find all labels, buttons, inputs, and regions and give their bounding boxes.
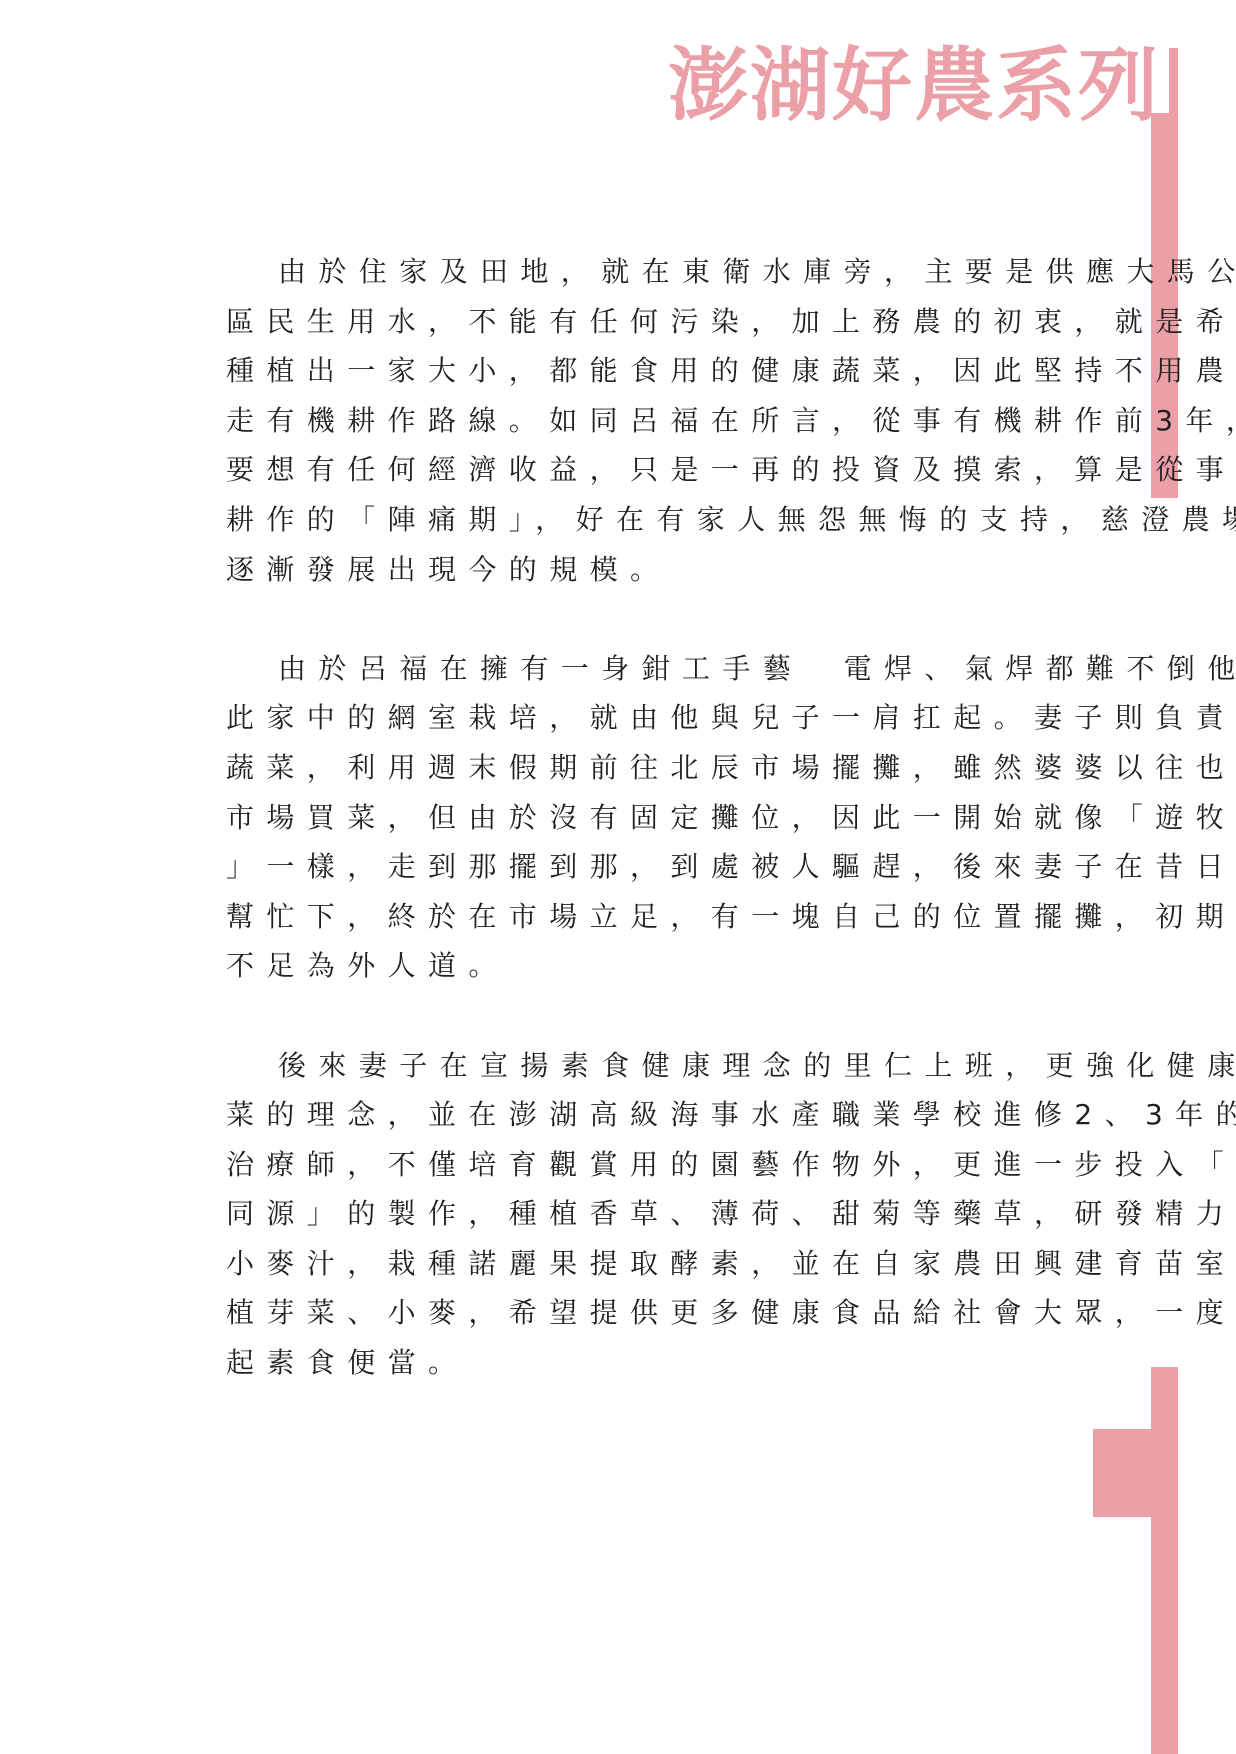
- title-thin-line: [1169, 48, 1178, 114]
- text-line: 蔬菜，利用週末假期前往北辰市場擺攤，雖然婆婆以往也曾在: [226, 743, 1046, 793]
- text-line: 菜的理念，並在澎湖高級海事水產職業學校進修2、3年的園藝: [226, 1090, 1046, 1140]
- text-line: 由於住家及田地，就在東衛水庫旁，主要是供應大馬公地: [226, 247, 1046, 297]
- text-line: 同源」的製作，種植香草、薄荷、甜菊等藥草，研發精力湯、: [226, 1189, 1046, 1239]
- text-line: 後來妻子在宣揚素食健康理念的里仁上班，更強化健康蔬: [226, 1041, 1046, 1091]
- text-line: 不足為外人道。: [226, 941, 1046, 991]
- text-line: 此家中的網室栽培，就由他與兒子一肩扛起。妻子則負責採收: [226, 693, 1046, 743]
- series-title: 澎湖好農系列: [668, 38, 1160, 134]
- text-line: 耕作的「陣痛期」，好在有家人無怨無悔的支持，慈澄農場才: [226, 495, 1046, 545]
- text-line: 逐漸發展出現今的規模。: [226, 545, 1046, 595]
- text-line: 治療師，不僅培育觀賞用的園藝作物外，更進一步投入「藥食: [226, 1140, 1046, 1190]
- article-body: 由於住家及田地，就在東衛水庫旁，主要是供應大馬公地 區民生用水，不能有任何污染，…: [226, 247, 1046, 1437]
- paragraph-2: 由於呂福在擁有一身鉗工手藝 電焊、氣焊都難不倒他，因 此家中的網室栽培，就由他與…: [226, 644, 1046, 991]
- text-line: 植芽菜、小麥，希望提供更多健康食品給社會大眾，一度還賣: [226, 1288, 1046, 1338]
- text-line: 由於呂福在擁有一身鉗工手藝 電焊、氣焊都難不倒他，因: [226, 644, 1046, 694]
- paragraph-3: 後來妻子在宣揚素食健康理念的里仁上班，更強化健康蔬 菜的理念，並在澎湖高級海事水…: [226, 1041, 1046, 1388]
- bottom-right-accent-bar: [1151, 1367, 1178, 1754]
- text-line: 」一樣，走到那擺到那，到處被人驅趕，後來妻子在昔日同事: [226, 842, 1046, 892]
- text-line: 種植出一家大小，都能食用的健康蔬菜，因此堅持不用農藥，: [226, 346, 1046, 396]
- text-line: 幫忙下，終於在市場立足，有一塊自己的位置擺攤，初期甘苦: [226, 892, 1046, 942]
- text-line: 走有機耕作路線。如同呂福在所言，從事有機耕作前3年，都不: [226, 396, 1046, 446]
- bottom-right-accent-square: [1093, 1429, 1151, 1517]
- text-line: 區民生用水，不能有任何污染，加上務農的初衷，就是希望能: [226, 297, 1046, 347]
- text-line: 要想有任何經濟收益，只是一再的投資及摸索，算是從事有機: [226, 445, 1046, 495]
- text-line: 市場買菜，但由於沒有固定攤位，因此一開始就像「遊牧民族: [226, 793, 1046, 843]
- paragraph-1: 由於住家及田地，就在東衛水庫旁，主要是供應大馬公地 區民生用水，不能有任何污染，…: [226, 247, 1046, 594]
- text-line: 起素食便當。: [226, 1338, 1046, 1388]
- text-line: 小麥汁，栽種諾麗果提取酵素，並在自家農田興建育苗室，種: [226, 1239, 1046, 1289]
